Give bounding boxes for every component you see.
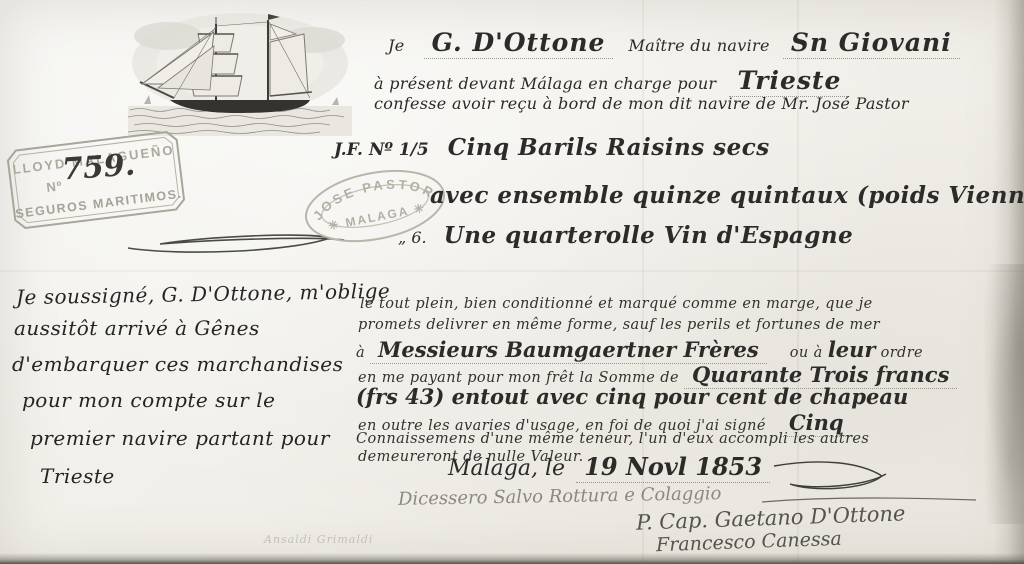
ship-name: Sn Giovani [783,28,960,59]
header-master-of: Maître du navire [629,36,770,55]
left-note-line: d'embarquer ces marchandises [12,352,343,376]
policy-number-handwritten: 759. [61,147,136,187]
cargo-description: Cinq Barils Raisins secs [448,134,770,161]
bill-of-lading-document: LLOYD MALAGUEÑO Nº SEGUROS MARITIMOS. 75… [0,0,1024,564]
order-post: ordre [881,345,923,361]
consignee-pre: à [356,345,365,361]
order-pre: ou à [790,345,823,361]
header-line2: à présent devant Málaga en charge pour T… [374,66,849,95]
pencil-note: Ansaldi Grimaldi [264,533,373,546]
cargo-line3-text: Une quarterolle Vin d'Espagne [444,222,854,249]
header-je: Je [388,36,404,55]
cargo-line1: J.F. Nº 1/5 Cinq Barils Raisins secs [334,134,770,161]
stamp-line2: Nº [46,178,64,195]
header-line1: Je G. D'Ottone Maître du navire Sn Giova… [388,28,960,57]
body-line3: à Messieurs Baumgaertner Frères ou à leu… [356,337,923,362]
sailing-ship-engraving [128,8,352,140]
date-line: Málaga, le 19 Novl 1853 [448,452,770,481]
left-note-line: Trieste [40,464,115,488]
master-name: G. D'Ottone [424,28,614,59]
cargo-line3-number: „ 6. [398,228,427,247]
header-at-malaga: à présent devant Málaga en charge pour [374,74,716,93]
body-line7: Connaissemens d'une même teneur, l'un d'… [356,431,869,447]
left-note-line: aussitôt arrivé à Gênes [14,316,260,340]
date-value: 19 Novl 1853 [576,452,770,483]
paper-crease [0,270,1024,272]
body-line5: (frs 43) entout avec cinq pour cent de c… [356,384,908,409]
left-note-line: pour mon compte sur le [22,388,275,412]
header-line3: confesse avoir reçu à bord de mon dit na… [374,94,909,113]
cargo-mark: J.F. Nº 1/5 [334,140,429,160]
destination-port: Trieste [729,66,849,97]
scan-edge-right [994,0,1024,564]
left-note-line: premier navire partant pour [30,426,330,450]
order-leur: leur [828,337,876,362]
body-line2: promets delivrer en même forme, sauf les… [358,317,880,333]
breakage-clause: Dicessero Salvo Rottura e Colaggio [398,483,722,510]
consignee-name: Messieurs Baumgaertner Frères [370,337,767,364]
date-place: Málaga, le [448,456,565,481]
stamp-line3: SEGUROS MARITIMOS. [15,187,183,221]
body-line1: le tout plein, bien conditionné et marqu… [360,296,873,312]
left-note-line: Je soussigné, G. D'Ottone, m'oblige [16,279,391,310]
ink-flourish [770,456,890,496]
scan-edge-bottom [0,553,1024,564]
cargo-line3: „ 6. Une quarterolle Vin d'Espagne [398,222,853,249]
cargo-line2: avec ensemble quinze quintaux (poids Vie… [430,182,1024,209]
